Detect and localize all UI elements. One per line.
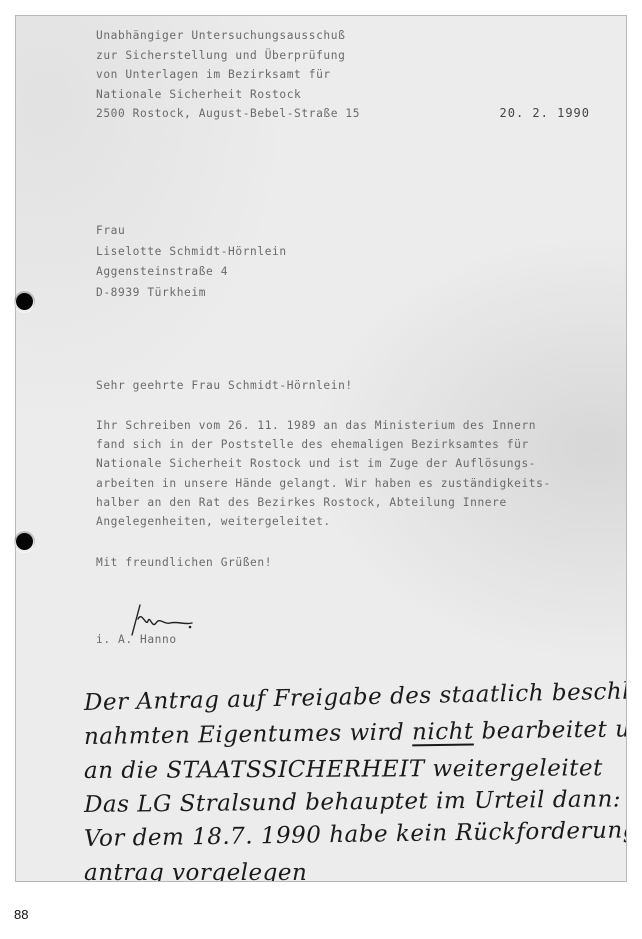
body-line: fand sich in der Poststelle des ehemalig… — [96, 438, 529, 451]
sender-line: Nationale Sicherheit Rostock — [96, 88, 301, 101]
letter-body: Ihr Schreiben vom 26. 11. 1989 an das Mi… — [96, 416, 551, 531]
handwritten-line: nahmten Eigentumes wird nicht bearbeitet… — [84, 712, 624, 754]
body-line: Nationale Sicherheit Rostock und ist im … — [96, 457, 536, 470]
page-number: 88 — [14, 907, 28, 922]
handwritten-line: Vor dem 18.7. 1990 habe kein Rückforderu… — [84, 814, 624, 856]
closing: Mit freundlichen Grüßen! — [96, 553, 272, 573]
body-line: Ihr Schreiben vom 26. 11. 1989 an das Mi… — [96, 419, 536, 432]
body-line: halber an den Rat des Bezirkes Rostock, … — [96, 496, 507, 509]
sender-line: 2500 Rostock, August-Bebel-Straße 15 — [96, 107, 360, 120]
punch-hole — [16, 293, 33, 310]
recipient-line: D-8939 Türkheim — [96, 286, 206, 299]
handwritten-line: antrag vorgelegen — [84, 856, 624, 882]
sender-line: von Unterlagen im Bezirksamt für — [96, 68, 331, 81]
letter-date: 20. 2. 1990 — [500, 104, 590, 124]
underlined-word: nicht — [412, 719, 474, 746]
recipient-line: Liselotte Schmidt-Hörnlein — [96, 245, 287, 258]
recipient-line: Aggensteinstraße 4 — [96, 265, 228, 278]
punch-hole — [16, 533, 33, 550]
scanned-letter-page: Unabhängiger Untersuchungsausschuß zur S… — [15, 15, 627, 882]
recipient-address-block: Frau Liselotte Schmidt-Hörnlein Aggenste… — [96, 221, 287, 303]
sender-line: zur Sicherstellung und Überprüfung — [96, 49, 345, 62]
salutation: Sehr geehrte Frau Schmidt-Hörnlein! — [96, 376, 353, 396]
handwritten-note: Der Antrag auf Freigabe des staatlich be… — [84, 686, 624, 882]
body-line: arbeiten in unsere Hände gelangt. Wir ha… — [96, 477, 551, 490]
recipient-line: Frau — [96, 224, 125, 237]
signature-line: i. A. Hanno — [96, 630, 177, 650]
sender-line: Unabhängiger Untersuchungsausschuß — [96, 29, 345, 42]
sender-address-block: Unabhängiger Untersuchungsausschuß zur S… — [96, 26, 360, 124]
body-line: Angelegenheiten, weitergeleitet. — [96, 515, 331, 528]
